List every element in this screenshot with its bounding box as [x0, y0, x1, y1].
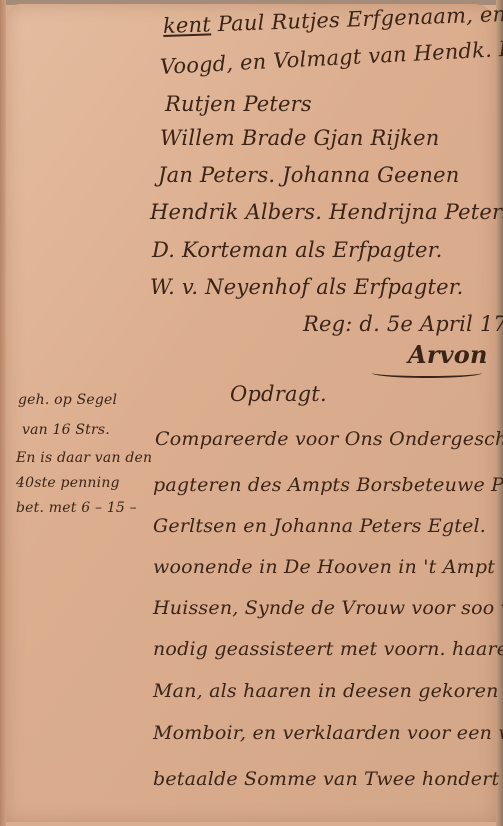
margin-line-3: En is daar van den: [16, 450, 152, 466]
line-6: Hendrik Albers. Hendrijna Peters: [150, 200, 503, 224]
line-1-prefix: kent: [163, 12, 212, 38]
main-line-2: pagteren des Ampts Borsbeteuwe Peter: [153, 474, 503, 496]
main-line-6: nodig geassisteert met voorn. haaren: [153, 638, 503, 660]
main-line-3: Gerltsen en Johanna Peters Egtel.: [153, 515, 486, 537]
line-4: Willem Brade Gjan Rijken: [160, 126, 439, 150]
main-line-4: woonende in De Hooven in 't Ampt: [153, 556, 495, 578]
margin-line-5: bet. met 6 – 15 –: [16, 500, 137, 516]
signature: Arvon: [408, 340, 488, 369]
manuscript-page: kent Paul Rutjes Erfgenaam, en Voogd, en…: [0, 0, 503, 826]
main-line-9: betaalde Somme van Twee hondert: [153, 768, 499, 790]
main-line-5: Huissen, Synde de Vrouw voor soo veel: [153, 597, 503, 619]
line-5: Jan Peters. Johanna Geenen: [158, 163, 459, 187]
book-right-edge: [496, 0, 503, 826]
section-heading: Opdragt.: [230, 382, 327, 406]
margin-line-1: geh. op Segel: [18, 392, 117, 408]
line-3: Rutjen Peters: [165, 92, 312, 116]
main-line-8: Momboir, en verklaarden voor een wel.: [153, 722, 503, 744]
margin-line-4: 40ste penning: [16, 475, 120, 491]
margin-line-2: van 16 Strs.: [22, 422, 110, 438]
line-7: D. Korteman als Erfpagter.: [152, 238, 442, 262]
signature-flourish: [372, 368, 482, 378]
main-line-1: Compareerde voor Ons Ondergeschr. Erf-: [155, 428, 503, 450]
main-line-7: Man, als haaren in deesen gekoren: [153, 680, 499, 702]
registration-line: Reg: d. 5e April 1771: [303, 312, 503, 336]
line-8: W. v. Neyenhof als Erfpagter.: [150, 275, 464, 299]
